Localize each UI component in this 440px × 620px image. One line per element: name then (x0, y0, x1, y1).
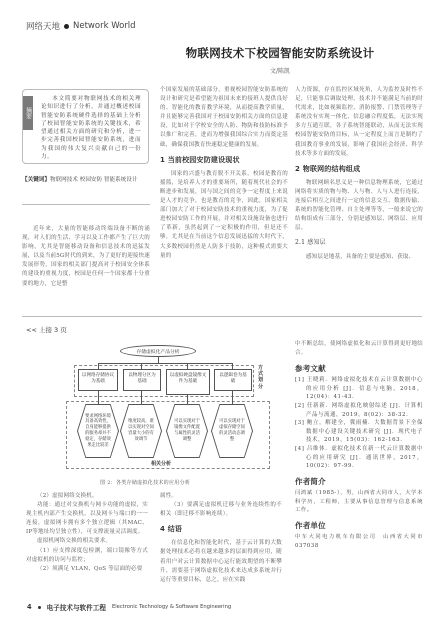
connector-line (98, 391, 99, 405)
analysis-node: 可以实现对于虚拟存储空间的灵活动态调整 (212, 405, 252, 457)
lower-mid-line: 在信息化和智能化时代，基于云计算的大数据处理技术必将在越来越多的层面得到应用，随… (160, 539, 282, 584)
bullet-dot-icon (38, 606, 41, 609)
section-4-heading: 4 结语 (160, 525, 282, 534)
author-bio-heading: 作者简介 (295, 477, 423, 486)
page-divider (22, 316, 422, 317)
continuation-link[interactable]: << 上接 3 页 (26, 325, 67, 334)
author-unit-heading: 作者单位 (295, 521, 423, 530)
right-paragraph-1: 人力资源，存在监控区域死角，人为监控及时性不足，只能事后调取处理，技术并不能满足… (295, 86, 423, 159)
author-unit-text: 中车大同电力机车有限公司 山西省大同市 037038 (295, 533, 423, 550)
connector-line (141, 391, 142, 405)
method-side-label: 方式划分 (258, 365, 266, 390)
intro-paragraph: 近年来，大量的智能移动终端设备不断的涌现，对人们的生活、学习以及工作都产生了巨大… (22, 225, 150, 289)
lower-left-line: （2）虚拟网络交换机。 (26, 492, 148, 501)
journal-name-en: Electronic Technology & Software Enginee… (112, 604, 231, 610)
keywords: 【关键词】物联网技术 校园安防 智能系统设计 (22, 175, 150, 185)
diagram-root-node: 存储虚拟化产品分析 (120, 345, 196, 357)
keywords-divider (22, 204, 150, 205)
section-2-heading: 2 物联网的结构组成 (295, 165, 423, 174)
abstract-box: 摘要 本文简要对物联网技术的相关理论知识进行了分析，并通过概述校园智能安防系统硬… (22, 89, 149, 164)
figure-caption: 图 2：各类存储虚拟化技术的应用分析 (100, 479, 190, 486)
section-name-en: Network World (73, 21, 136, 31)
right-paragraph-3: 感知层是地基，具备的主要是感知、获取、 (295, 253, 423, 262)
lower-left-column: （2）虚拟网络交换机。 功能：通过对交换机与网卡功能的虚拟，实现主机内部产生交换… (26, 492, 148, 574)
analysis-node: 维度较高，难以实现对空间容量大小的有效调节 (121, 405, 161, 457)
method-node: 以虚拟硬盘镜像文件为基础 (166, 369, 210, 395)
method-node: 以网络存储协议为基础 (78, 369, 118, 391)
lower-left-line: 功能：通过对交换机与网卡功能的虚拟，实现主机内部产生交换机，以及网卡与端口的一一… (26, 501, 148, 537)
lower-middle-column: 属性。 （3）要满足虚拟机迁移与业务连续性的不相关（即迁移不影响连续）。 4 结… (160, 492, 282, 585)
section-name-cn: 网络天地 (26, 20, 60, 32)
connector-line (232, 391, 233, 405)
lower-mid-line: （3）要满足虚拟机迁移与业务连续性的不相关（即迁移不影响连续）。 (160, 501, 282, 519)
intro-column: 近年来，大量的智能移动终端设备不断的涌现，对人们的生活、学习以及工作都产生了巨大… (22, 225, 150, 289)
lower-mid-line: 属性。 (160, 492, 282, 501)
abstract-tag: 摘要 (23, 96, 33, 130)
analysis-node: 可以实现对于镜像文件配置与属性的灵活调整 (167, 405, 207, 457)
journal-name-cn: 电子技术与软件工程 (47, 602, 106, 612)
article-title: 物联网技术下校园智能安防系统设计 (0, 45, 440, 61)
connector-line (187, 395, 188, 405)
connector-line (98, 363, 233, 364)
lower-right-column: 中不断总结，使网络虚拟化和云计算得到更好地结合。 参考文献 [1] 王晓莉．网络… (295, 340, 423, 551)
keywords-text: 物联网技术 校园安防 智能系统设计 (50, 177, 137, 183)
middle-paragraph-2: 国家的兴盛与教育脱不开关系，校园是教育的摇篮，是培养人才的重要场所，随着现代社会… (160, 170, 288, 261)
section-header: 网络天地 Network World (26, 20, 136, 32)
analysis-bottom-label: 相关分析 (151, 460, 171, 467)
middle-paragraph-1: 个国家发展的基础部分，重视校园智能安防系统的设计和研究是希望能为祖国未来的接班人… (160, 86, 288, 150)
analysis-node: 要求网络环境具备高效性，自身能够提供的服务却并不稳定，存储效果走比较差 (78, 405, 118, 457)
storage-virtualization-diagram: 存储虚拟化产品分析 以网络存储协议为基础 以物理分区为基础 以虚拟硬盘镜像文件为… (66, 343, 266, 473)
references-heading: 参考文献 (295, 364, 423, 373)
reference-item: [4] 吕维体．虚拟化技术在新一代云计算数据中心的应用研究 [J]．通讯世界，2… (295, 445, 423, 471)
method-node: 以逻辑卷为基础 (214, 369, 252, 391)
conclusion-end: 中不断总结，使网络虚拟化和云计算得到更好地结合。 (295, 340, 423, 358)
method-node: 以物理分区为基础 (123, 369, 161, 391)
subsection-2-1-heading: 2.1 感知层 (295, 238, 423, 247)
lower-left-line: （2）须满足 VLAN、QoS 等层面的必要 (26, 565, 148, 574)
keywords-label: 【关键词】 (22, 177, 50, 183)
page-number: 4 (27, 603, 32, 611)
reference-item: [3] 鲍立，解建全，冀雨楠．大数据背景下全保数据中心建设关键技术研究 [J]．… (295, 419, 423, 445)
middle-column: 个国家发展的基础部分，重视校园智能安防系统的设计和研究是希望能为祖国未来的接班人… (160, 86, 288, 261)
lower-left-line: （1）应支撑深度包检测，端口镜像等方式对虚拟机的访问与监控； (26, 547, 148, 565)
reference-item: [1] 王晓莉．网络虚拟化技术在云计算数据中心的应用分析 [J]．信息与电脑，2… (295, 376, 423, 402)
page-footer: 4 电子技术与软件工程 Electronic Technology & Soft… (27, 602, 231, 612)
lower-left-line: 虚拟机网络交换的相关要求。 (26, 537, 148, 546)
article-byline: 文/陈凯 (0, 66, 440, 75)
section-1-heading: 1 当前校园安防建设现状 (160, 156, 288, 165)
bullet-dot-icon (64, 24, 69, 29)
reference-item: [2] 任新新．网络虚拟化映射综述 [J]．计算机产品与流通，2019，8(02… (295, 402, 423, 419)
author-bio-text: 闫鸿斌（1985-），男，山西省大同市人，大学本科学历，工程师，主要从事信息管理… (295, 489, 423, 515)
abstract-text: 本文简要对物联网技术的相关理论知识进行了分析，并通过概述校园智能安防系统硬件选择… (41, 95, 141, 161)
right-column: 人力资源，存在监控区域死角，人为监控及时性不足，只能事后调取处理，技术并不能满足… (295, 86, 423, 262)
right-paragraph-2: 物联网顾名思义是一种信息物理系统，它通过网络将实质的物与物、人与物、人与人进行连… (295, 179, 423, 234)
